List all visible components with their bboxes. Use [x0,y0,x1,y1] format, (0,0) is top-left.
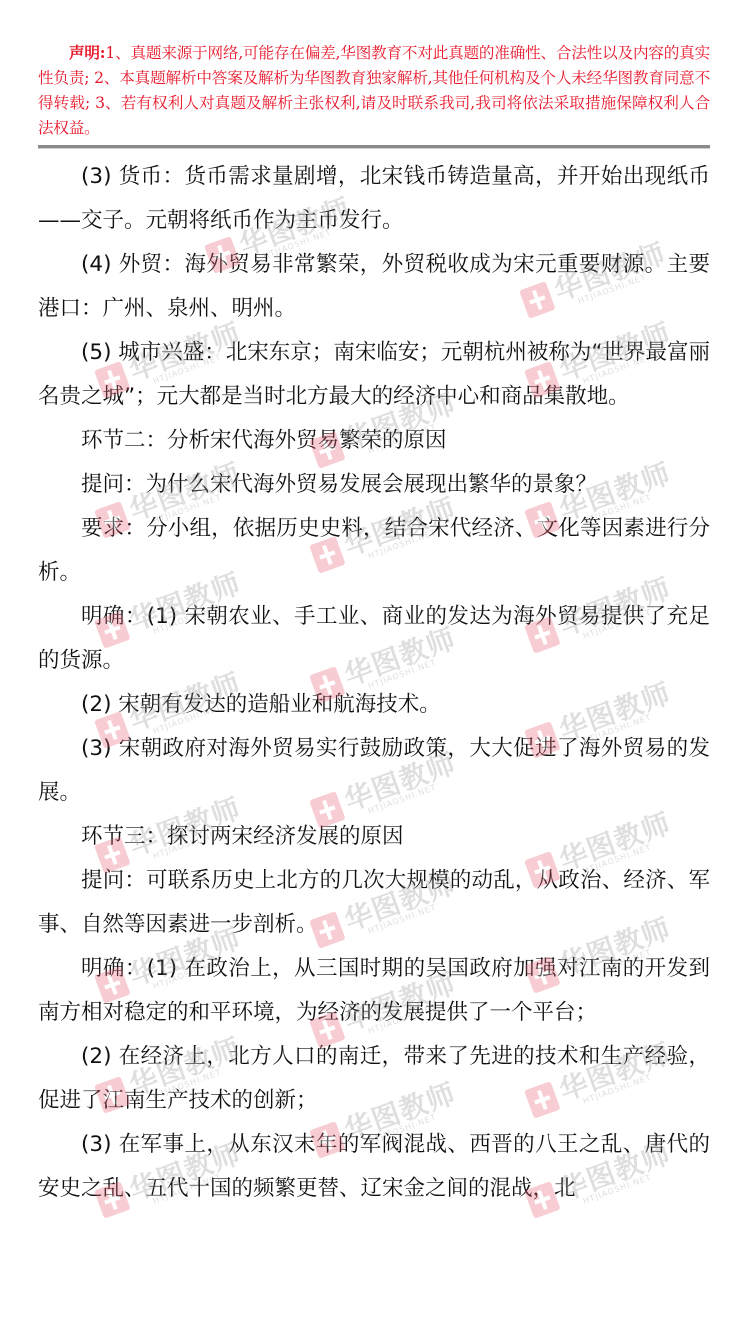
paragraph-question-3: 提问：可联系历史上北方的几次大规模的动乱，从政治、经济、军事、自然等因素进一步剖… [38,859,710,947]
paragraph-cities: (5) 城市兴盛：北宋东京；南宋临安；元朝杭州被称为“世界最富丽名贵之城”；元大… [38,331,710,419]
header-divider [38,145,710,149]
section-heading-2: 环节二：分析宋代海外贸易繁荣的原因 [38,419,710,463]
section-heading-3: 环节三：探讨两宋经济发展的原因 [38,815,710,859]
paragraph-answer-3-2: (2) 在经济上，北方人口的南迁，带来了先进的技术和生产经验，促进了江南生产技术… [38,1035,710,1123]
paragraph-requirement-2: 要求：分小组，依据历史史料，结合宋代经济、文化等因素进行分析。 [38,507,710,595]
paragraph-currency: (3) 货币：货币需求量剧增，北宋钱币铸造量高，并开始出现纸币——交子。元朝将纸… [38,155,710,243]
paragraph-foreign-trade: (4) 外贸：海外贸易非常繁荣，外贸税收成为宋元重要财源。主要港口：广州、泉州、… [38,243,710,331]
paragraph-question-2: 提问：为什么宋代海外贸易发展会展现出繁华的景象？ [38,463,710,507]
paragraph-answer-2-3: (3) 宋朝政府对海外贸易实行鼓励政策，大大促进了海外贸易的发展。 [38,727,710,815]
paragraph-answer-3-1: 明确：(1) 在政治上，从三国时期的吴国政府加强对江南的开发到南方相对稳定的和平… [38,947,710,1035]
document-body: (3) 货币：货币需求量剧增，北宋钱币铸造量高，并开始出现纸币——交子。元朝将纸… [38,155,710,1211]
paragraph-answer-2-2: (2) 宋朝有发达的造船业和航海技术。 [38,683,710,727]
disclaimer-block: 声明:1、真题来源于网络,可能存在偏差,华图教育不对此真题的准确性、合法性以及内… [38,40,710,141]
paragraph-answer-3-3: (3) 在军事上，从东汉末年的军阀混战、西晋的八王之乱、唐代的安史之乱、五代十国… [38,1123,710,1211]
disclaimer-text: 1、真题来源于网络,可能存在偏差,华图教育不对此真题的准确性、合法性以及内容的真… [38,44,710,137]
paragraph-answer-2-1: 明确：(1) 宋朝农业、手工业、商业的发达为海外贸易提供了充足的货源。 [38,595,710,683]
disclaimer-label: 声明: [38,43,105,62]
